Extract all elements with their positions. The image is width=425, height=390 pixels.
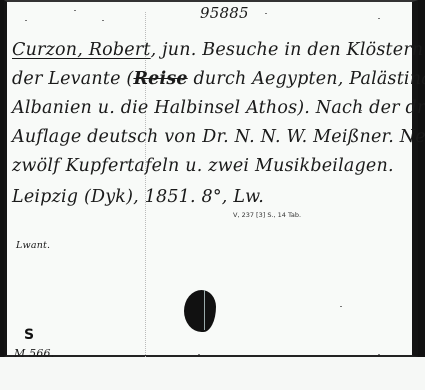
collation-note: V, 237 [3] S., 14 Tab.: [233, 211, 301, 219]
ink-blot-hole: [184, 290, 216, 332]
entry-line-3: Albanien u. die Halbinsel Athos). Nach d…: [12, 98, 425, 118]
shelf-letter: S: [24, 327, 34, 343]
scanned-catalog-card-frame: 95885 Curzon, Robert, jun. Besuche in de…: [0, 0, 425, 390]
title-cont: der Levante (: [12, 69, 133, 89]
entry-line-4: Auflage deutsch von Dr. N. N. W. Meißner…: [12, 127, 425, 147]
struck-word: Reise: [133, 69, 187, 89]
entry-line-1: Curzon, Robert, jun. Besuche in den Klös…: [12, 40, 423, 60]
title-cont-2: durch Aegypten, Palästina,: [188, 69, 425, 89]
entry-line-2: der Levante (Reise durch Aegypten, Paläs…: [12, 69, 425, 89]
card-crease: [145, 12, 147, 357]
imprint-line: Leipzig (Dyk), 1851. 8°, Lw.: [12, 187, 264, 207]
card-number: 95885: [200, 4, 249, 22]
shelf-mark: M 566.: [14, 347, 54, 360]
title-start: , jun. Besuche in den Klöstern: [151, 40, 424, 60]
entry-line-5: zwölf Kupfertafeln u. zwei Musikbeilagen…: [12, 156, 394, 176]
binding-note: Lwant.: [16, 240, 50, 251]
author-name: Curzon, Robert: [12, 40, 151, 60]
